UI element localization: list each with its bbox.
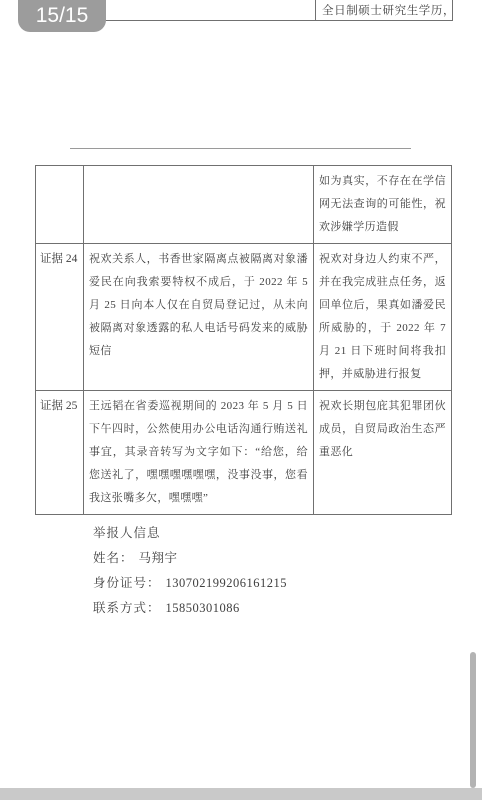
scrollbar-thumb[interactable] — [470, 652, 476, 788]
evidence-result-cell: 如为真实，不存在在学信网无法查询的可能性，祝欢涉嫌学历造假 — [314, 166, 452, 244]
table-row-evidence-25: 证据 25 王远韬在省委巡视期间的 2023 年 5 月 5 日下午四时，公然使… — [36, 391, 452, 515]
reporter-name-line: 姓名：马翔宇 — [93, 546, 287, 571]
evidence-table: 如为真实，不存在在学信网无法查询的可能性，祝欢涉嫌学历造假 证据 24 祝欢关系… — [35, 165, 452, 515]
reporter-contact-line: 联系方式：15850301086 — [93, 596, 287, 621]
page-indicator-label: 15/15 — [36, 4, 89, 28]
evidence-result-cell: 祝欢对身边人约束不严，并在我完成驻点任务，返回单位后，果真如潘爱民所威胁的，于 … — [314, 244, 452, 391]
image-viewer: 全日制硕士研究生学历， 15/15 如为真实，不存在在学信网无法查询的可能性，祝… — [0, 0, 482, 800]
reporter-id-line: 身份证号：130702199206161215 — [93, 571, 287, 596]
evidence-description-cell: 祝欢关系人，书香世家隔离点被隔离对象潘爱民在向我索要特权不成后，于 2022 年… — [84, 244, 314, 391]
reporter-heading: 举报人信息 — [93, 521, 287, 546]
evidence-result-cell: 祝欢长期包庇其犯罪团伙成员，自贸局政治生态严重恶化 — [314, 391, 452, 515]
table-fragment-cell: 全日制硕士研究生学历， — [315, 0, 453, 21]
table-border-line — [100, 20, 316, 21]
evidence-description-cell: 王远韬在省委巡视期间的 2023 年 5 月 5 日下午四时，公然使用办公电话沟… — [84, 391, 314, 515]
evidence-label-cell — [36, 166, 84, 244]
page-indicator-badge: 15/15 — [18, 0, 106, 32]
evidence-description-cell — [84, 166, 314, 244]
bottom-bar — [0, 788, 482, 800]
reporter-name-value: 马翔宇 — [139, 551, 178, 565]
page-divider-line — [70, 148, 411, 149]
reporter-id-label: 身份证号： — [93, 576, 161, 590]
evidence-label-cell: 证据 24 — [36, 244, 84, 391]
table-row-evidence-24: 证据 24 祝欢关系人，书香世家隔离点被隔离对象潘爱民在向我索要特权不成后，于 … — [36, 244, 452, 391]
reporter-name-label: 姓名： — [93, 551, 134, 565]
table-row-continued: 如为真实，不存在在学信网无法查询的可能性，祝欢涉嫌学历造假 — [36, 166, 452, 244]
reporter-info: 举报人信息 姓名：马翔宇 身份证号：130702199206161215 联系方… — [93, 521, 287, 621]
reporter-contact-value: 15850301086 — [166, 601, 240, 615]
evidence-label-cell: 证据 25 — [36, 391, 84, 515]
reporter-contact-label: 联系方式： — [93, 601, 161, 615]
table-fragment-text: 全日制硕士研究生学历， — [322, 5, 453, 17]
reporter-id-value: 130702199206161215 — [166, 576, 288, 590]
